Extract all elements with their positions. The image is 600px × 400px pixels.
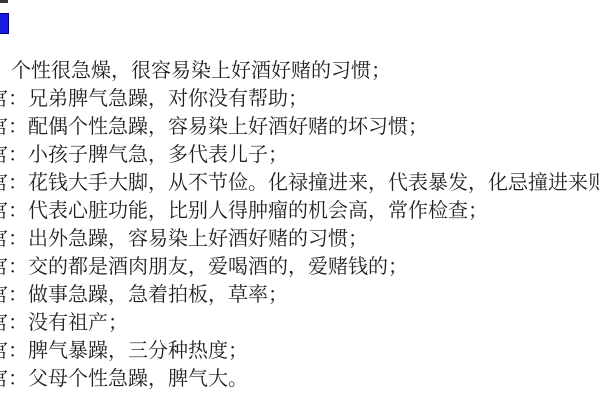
text-line: 宫：交的都是酒肉朋友，爱喝酒的，爱赌钱的；: [0, 252, 600, 280]
heading-bullet-icon: [0, 13, 9, 34]
line-text: 父母个性急躁，脾气大。: [28, 366, 248, 390]
line-text: 出外急躁，容易染上好酒好赌的习惯；: [28, 226, 368, 250]
line-text: 兄弟脾气急躁，对你没有帮助；: [28, 86, 308, 110]
line-text: 配偶个性急躁，容易染上好酒好赌的坏习惯；: [28, 114, 428, 138]
text-line: 宫：没有祖产；: [0, 308, 600, 336]
line-text: 交的都是酒肉朋友，爱喝酒的，爱赌钱的；: [28, 254, 408, 278]
palace-prefix: 宫：: [0, 226, 28, 250]
text-line: 宫：父母个性急躁，脾气大。: [0, 364, 600, 392]
document-page: 个性很急燥，很容易染上好酒好赌的习惯； 宫：兄弟脾气急躁，对你没有帮助； 宫：配…: [0, 0, 600, 400]
line-text: 代表心脏功能，比别人得肿瘤的机会高，常作检查；: [28, 198, 488, 222]
text-line: 宫：配偶个性急躁，容易染上好酒好赌的坏习惯；: [0, 112, 600, 140]
palace-prefix: 宫：: [0, 310, 28, 334]
line-text: 没有祖产；: [28, 310, 128, 334]
palace-prefix: 宫：: [0, 338, 28, 362]
line-text: 脾气暴躁，三分种热度；: [28, 338, 248, 362]
line-text: 花钱大手大脚，从不节俭。化禄撞进来，代表暴发，化忌撞进来则相反，是破: [28, 170, 600, 194]
line-text: 个性很急燥，很容易染上好酒好赌的习惯；: [11, 58, 391, 82]
text-line: 宫：代表心脏功能，比别人得肿瘤的机会高，常作检查；: [0, 196, 600, 224]
palace-prefix: 宫：: [0, 254, 28, 278]
palace-prefix: 宫：: [0, 282, 28, 306]
text-line: 宫：兄弟脾气急躁，对你没有帮助；: [0, 84, 600, 112]
text-line: 宫：小孩子脾气急，多代表儿子；: [0, 140, 600, 168]
line-text: 做事急躁，急着拍板，草率；: [28, 282, 288, 306]
palace-prefix: 宫：: [0, 142, 28, 166]
text-line: 宫：脾气暴躁，三分种热度；: [0, 336, 600, 364]
text-line: 宫：做事急躁，急着拍板，草率；: [0, 280, 600, 308]
text-line: 宫：出外急躁，容易染上好酒好赌的习惯；: [0, 224, 600, 252]
palace-prefix: 宫：: [0, 114, 28, 138]
palace-prefix: 宫：: [0, 86, 28, 110]
text-line: 宫：花钱大手大脚，从不节俭。化禄撞进来，代表暴发，化忌撞进来则相反，是破: [0, 168, 600, 196]
cropped-text-fragment: [0, 0, 8, 3]
line-text: 小孩子脾气急，多代表儿子；: [28, 142, 288, 166]
palace-prefix: 宫：: [0, 198, 28, 222]
text-line: 个性很急燥，很容易染上好酒好赌的习惯；: [0, 56, 600, 84]
palace-prefix: 宫：: [0, 366, 28, 390]
palace-interpretation-list: 个性很急燥，很容易染上好酒好赌的习惯； 宫：兄弟脾气急躁，对你没有帮助； 宫：配…: [0, 56, 600, 392]
palace-prefix: 宫：: [0, 170, 28, 194]
